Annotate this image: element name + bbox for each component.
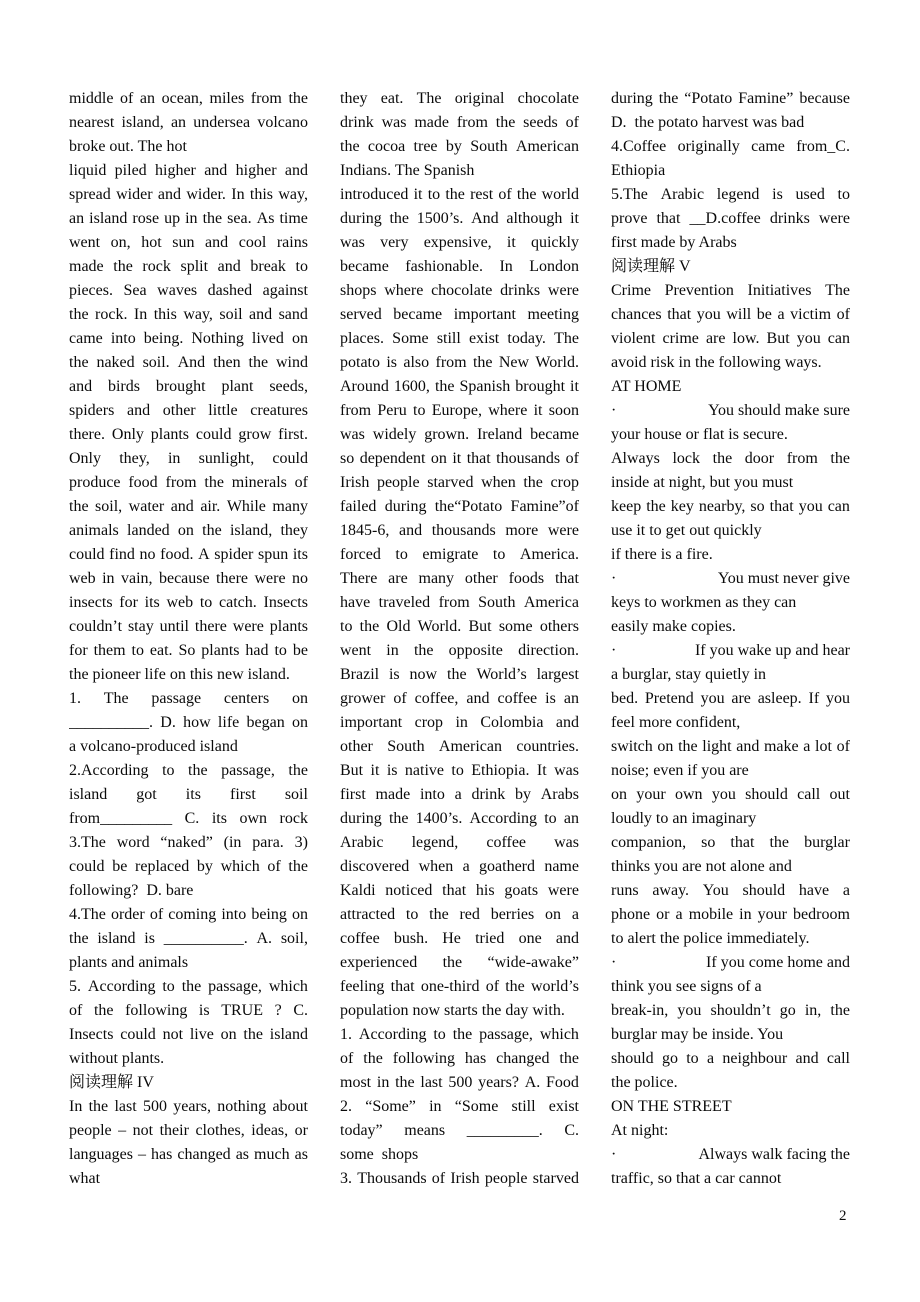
text-line: 5.TheArabiclegendisusedto <box>611 183 850 207</box>
bullet-dot-icon: · <box>611 951 616 975</box>
text-line: middleofanocean,milesfromthe <box>69 87 308 111</box>
text-line: break-in,youshouldn’tgoin,the <box>611 999 850 1023</box>
text-line: potatoisalsofromtheNewWorld. <box>340 351 579 375</box>
bullet-line-text: If you come home and <box>706 951 850 975</box>
bullet-line: ·You must never give <box>611 567 850 591</box>
text-line: a burglar, stay quietly in <box>611 663 850 687</box>
text-line: provethat__D.coffeedrinkswere <box>611 207 850 231</box>
text-line: Insectscouldnotliveontheisland <box>69 1023 308 1047</box>
bullet-line: ·Always walk facing the <box>611 1143 850 1167</box>
text-line: CrimePreventionInitiativesThe <box>611 279 850 303</box>
text-line: what <box>69 1167 308 1191</box>
text-line: mostinthelast500years?A.Food <box>340 1071 579 1095</box>
text-line: theislandis__________.A.soil, <box>69 927 308 951</box>
text-line: ofthefollowinghaschangedthe <box>340 1047 579 1071</box>
text-column-middle: theyeat.Theoriginalchocolatedrinkwasmade… <box>340 87 579 1191</box>
text-line: liquidpiledhigherandhigherand <box>69 159 308 183</box>
bullet-line: ·You should make sure <box>611 399 850 423</box>
text-line: couldbereplacedbywhichofthe <box>69 855 308 879</box>
text-line: keys to workmen as they can <box>611 591 850 615</box>
text-line: coffeebush.Hetriedoneand <box>340 927 579 951</box>
text-line: insectsforitswebtocatch.Insects <box>69 591 308 615</box>
text-line: people–nottheirclothes,ideas,or <box>69 1119 308 1143</box>
text-line: waswidelygrown.Irelandbecame <box>340 423 579 447</box>
text-line: traffic, so that a car cannot <box>611 1167 850 1191</box>
text-line: violentcrimearelow.Butyoucan <box>611 327 850 351</box>
text-line: 4.Theorderofcomingintobeingon <box>69 903 308 927</box>
text-line: couldfindnofood.Aspiderspunits <box>69 543 308 567</box>
text-line: ButitisnativetoEthiopia.Itwas <box>340 759 579 783</box>
text-line: spreadwiderandwider.Inthisway, <box>69 183 308 207</box>
text-line: to alert the police immediately. <box>611 927 850 951</box>
text-line: a volcano-produced island <box>69 735 308 759</box>
text-line: companion,sothattheburglar <box>611 831 850 855</box>
text-line: places.Somestillexisttoday.The <box>340 327 579 351</box>
text-line: your house or flat is secure. <box>611 423 850 447</box>
text-line: runsaway.Youshouldhavea <box>611 879 850 903</box>
text-line: without plants. <box>69 1047 308 1071</box>
text-line: duringthe1500’s.Andalthoughit <box>340 207 579 231</box>
text-line: the pioneer life on this new island. <box>69 663 308 687</box>
text-line: Indians. The Spanish <box>340 159 579 183</box>
text-line: bed.Pretendyouareasleep.Ifyou <box>611 687 850 711</box>
text-line: shopswherechocolatedrinkswere <box>340 279 579 303</box>
text-line: At night: <box>611 1119 850 1143</box>
bullet-line-text: If you wake up and hear <box>695 639 850 663</box>
text-line: 3.ThousandsofIrishpeoplestarved <box>340 1167 579 1191</box>
text-line: Irishpeoplestarvedwhenthecrop <box>340 471 579 495</box>
text-line: drinkwasmadefromtheseedsof <box>340 111 579 135</box>
text-line: 1845-6,andthousandsmorewere <box>340 519 579 543</box>
text-line: sodependentonitthatthousandsof <box>340 447 579 471</box>
text-line: havetraveledfromSouthAmerica <box>340 591 579 615</box>
text-line: attractedtotheredberriesona <box>340 903 579 927</box>
text-line: 阅读理解 V <box>611 255 850 279</box>
text-line: population now starts the day with. <box>340 999 579 1023</box>
text-line: if there is a fire. <box>611 543 850 567</box>
text-line: the police. <box>611 1071 850 1095</box>
text-line: first made by Arabs <box>611 231 850 255</box>
text-line: switchonthelightandmakealotof <box>611 735 850 759</box>
text-line: 5.Accordingtothepassage,which <box>69 975 308 999</box>
text-line: __________.D.howlifebeganon <box>69 711 308 735</box>
text-line: avoid risk in the following ways. <box>611 351 850 375</box>
text-line: Around1600,theSpanishbroughtit <box>340 375 579 399</box>
text-line: webinvain,becausetherewereno <box>69 567 308 591</box>
text-line: wenton,hotsunandcoolrains <box>69 231 308 255</box>
text-column-right: duringthe“PotatoFamine”becauseD. the pot… <box>611 87 850 1191</box>
text-line: phoneoramobileinyourbedroom <box>611 903 850 927</box>
text-line: Arabiclegend,coffeewas <box>340 831 579 855</box>
text-line: totheOldWorld.Butsomeothers <box>340 615 579 639</box>
text-line: broke out. The hot <box>69 135 308 159</box>
text-line: BrazilisnowtheWorld’slargest <box>340 663 579 687</box>
text-line: onyourownyoushouldcallout <box>611 783 850 807</box>
bullet-line-text: Always walk facing the <box>698 1143 850 1167</box>
text-line: ofthefollowingisTRUE?C. <box>69 999 308 1023</box>
text-line: anislandroseupinthesea.Astime <box>69 207 308 231</box>
text-line: forcedtoemigratetoAmerica. <box>340 543 579 567</box>
text-line: duringthe“PotatoFamine”because <box>611 87 850 111</box>
page-number: 2 <box>839 1206 847 1226</box>
text-line: plants and animals <box>69 951 308 975</box>
text-line: 2.“Some”in“Somestillexist <box>340 1095 579 1119</box>
text-line: becamefashionable.InLondon <box>340 255 579 279</box>
text-line: 4.Coffeeoriginallycamefrom_C. <box>611 135 850 159</box>
bullet-dot-icon: · <box>611 1143 616 1167</box>
text-line: animalslandedontheisland,they <box>69 519 308 543</box>
text-line: Inthelast500years,nothingabout <box>69 1095 308 1119</box>
text-line: thinks you are not alone and <box>611 855 850 879</box>
text-line: introducedittotherestoftheworld <box>340 183 579 207</box>
text-line: importantcropinColombiaand <box>340 711 579 735</box>
text-line: wasveryexpensive,itquickly <box>340 231 579 255</box>
text-line: Ethiopia <box>611 159 850 183</box>
text-line: use it to get out quickly <box>611 519 850 543</box>
text-line: today”means_________.C. <box>340 1119 579 1143</box>
text-line: from_________C.itsownrock <box>69 807 308 831</box>
text-line: growerofcoffee,andcoffeeisan <box>340 687 579 711</box>
text-line: servedbecameimportantmeeting <box>340 303 579 327</box>
text-line: islandgotitsfirstsoil <box>69 783 308 807</box>
text-line: some shops <box>340 1143 579 1167</box>
text-line: spidersandotherlittlecreatures <box>69 399 308 423</box>
text-line: cameintobeing.Nothinglivedon <box>69 327 308 351</box>
text-line: D. the potato harvest was bad <box>611 111 850 135</box>
text-line: languages–haschangedasmuchas <box>69 1143 308 1167</box>
text-line: inside at night, but you must <box>611 471 850 495</box>
text-line: forthemtoeat.Soplantshadtobe <box>69 639 308 663</box>
bullet-dot-icon: · <box>611 399 616 423</box>
text-line: thesoil,waterandair.Whilemany <box>69 495 308 519</box>
text-line: discoveredwhenagoatherdname <box>340 855 579 879</box>
text-line: firstmadeintoadrinkbyArabs <box>340 783 579 807</box>
text-line: otherSouthAmericancountries. <box>340 735 579 759</box>
text-line: noise; even if you are <box>611 759 850 783</box>
text-line: madetherocksplitandbreakto <box>69 255 308 279</box>
text-line: feel more confident, <box>611 711 850 735</box>
text-line: AT HOME <box>611 375 850 399</box>
text-line: nearestisland,anunderseavolcano <box>69 111 308 135</box>
text-line: Alwayslockthedoorfromthe <box>611 447 850 471</box>
text-line: duringthe1400’s.Accordingtoan <box>340 807 579 831</box>
text-line: wentintheoppositedirection. <box>340 639 579 663</box>
bullet-dot-icon: · <box>611 567 616 591</box>
text-line: producefoodfromthemineralsof <box>69 471 308 495</box>
text-line: pieces.Seawavesdashedagainst <box>69 279 308 303</box>
text-line: andbirdsbroughtplantseeds, <box>69 375 308 399</box>
text-line: 1.Thepassagecenterson <box>69 687 308 711</box>
text-line: Kaldinoticedthathisgoatswere <box>340 879 579 903</box>
text-line: thecocoatreebySouthAmerican <box>340 135 579 159</box>
text-line: 2.Accordingtothepassage,the <box>69 759 308 783</box>
bullet-line: ·If you come home and <box>611 951 850 975</box>
text-line: experiencedthe“wide-awake” <box>340 951 579 975</box>
text-line: ON THE STREET <box>611 1095 850 1119</box>
text-line: loudly to an imaginary <box>611 807 850 831</box>
text-line: 3.Theword“naked”(inpara.3) <box>69 831 308 855</box>
text-line: couldn’tstayuntiltherewereplants <box>69 615 308 639</box>
text-line: easily make copies. <box>611 615 850 639</box>
text-line: shouldgotoaneighbourandcall <box>611 1047 850 1071</box>
text-line: chancesthatyouwillbeavictimof <box>611 303 850 327</box>
text-line: burglar may be inside. You <box>611 1023 850 1047</box>
bullet-line-text: You should make sure <box>708 399 850 423</box>
text-line: think you see signs of a <box>611 975 850 999</box>
text-line: keepthekeynearby,sothatyoucan <box>611 495 850 519</box>
text-line: 阅读理解 IV <box>69 1071 308 1095</box>
bullet-line: ·If you wake up and hear <box>611 639 850 663</box>
text-line: theyeat.Theoriginalchocolate <box>340 87 579 111</box>
text-line: failedduringthe“PotatoFamine”of <box>340 495 579 519</box>
text-line: feelingthatone-thirdoftheworld’s <box>340 975 579 999</box>
text-line: there.Onlyplantscouldgrowfirst. <box>69 423 308 447</box>
text-line: Onlythey,insunlight,could <box>69 447 308 471</box>
text-columns: middleofanocean,milesfromthenearestislan… <box>69 87 850 1191</box>
text-line: 1.Accordingtothepassage,which <box>340 1023 579 1047</box>
text-line: therock.Inthisway,soilandsand <box>69 303 308 327</box>
text-line: fromPerutoEurope,whereitsoon <box>340 399 579 423</box>
text-line: thenakedsoil.Andthenthewind <box>69 351 308 375</box>
bullet-line-text: You must never give <box>718 567 850 591</box>
text-line: Therearemanyotherfoodsthat <box>340 567 579 591</box>
bullet-dot-icon: · <box>611 639 616 663</box>
text-line: following? D. bare <box>69 879 308 903</box>
text-column-left: middleofanocean,milesfromthenearestislan… <box>69 87 308 1191</box>
